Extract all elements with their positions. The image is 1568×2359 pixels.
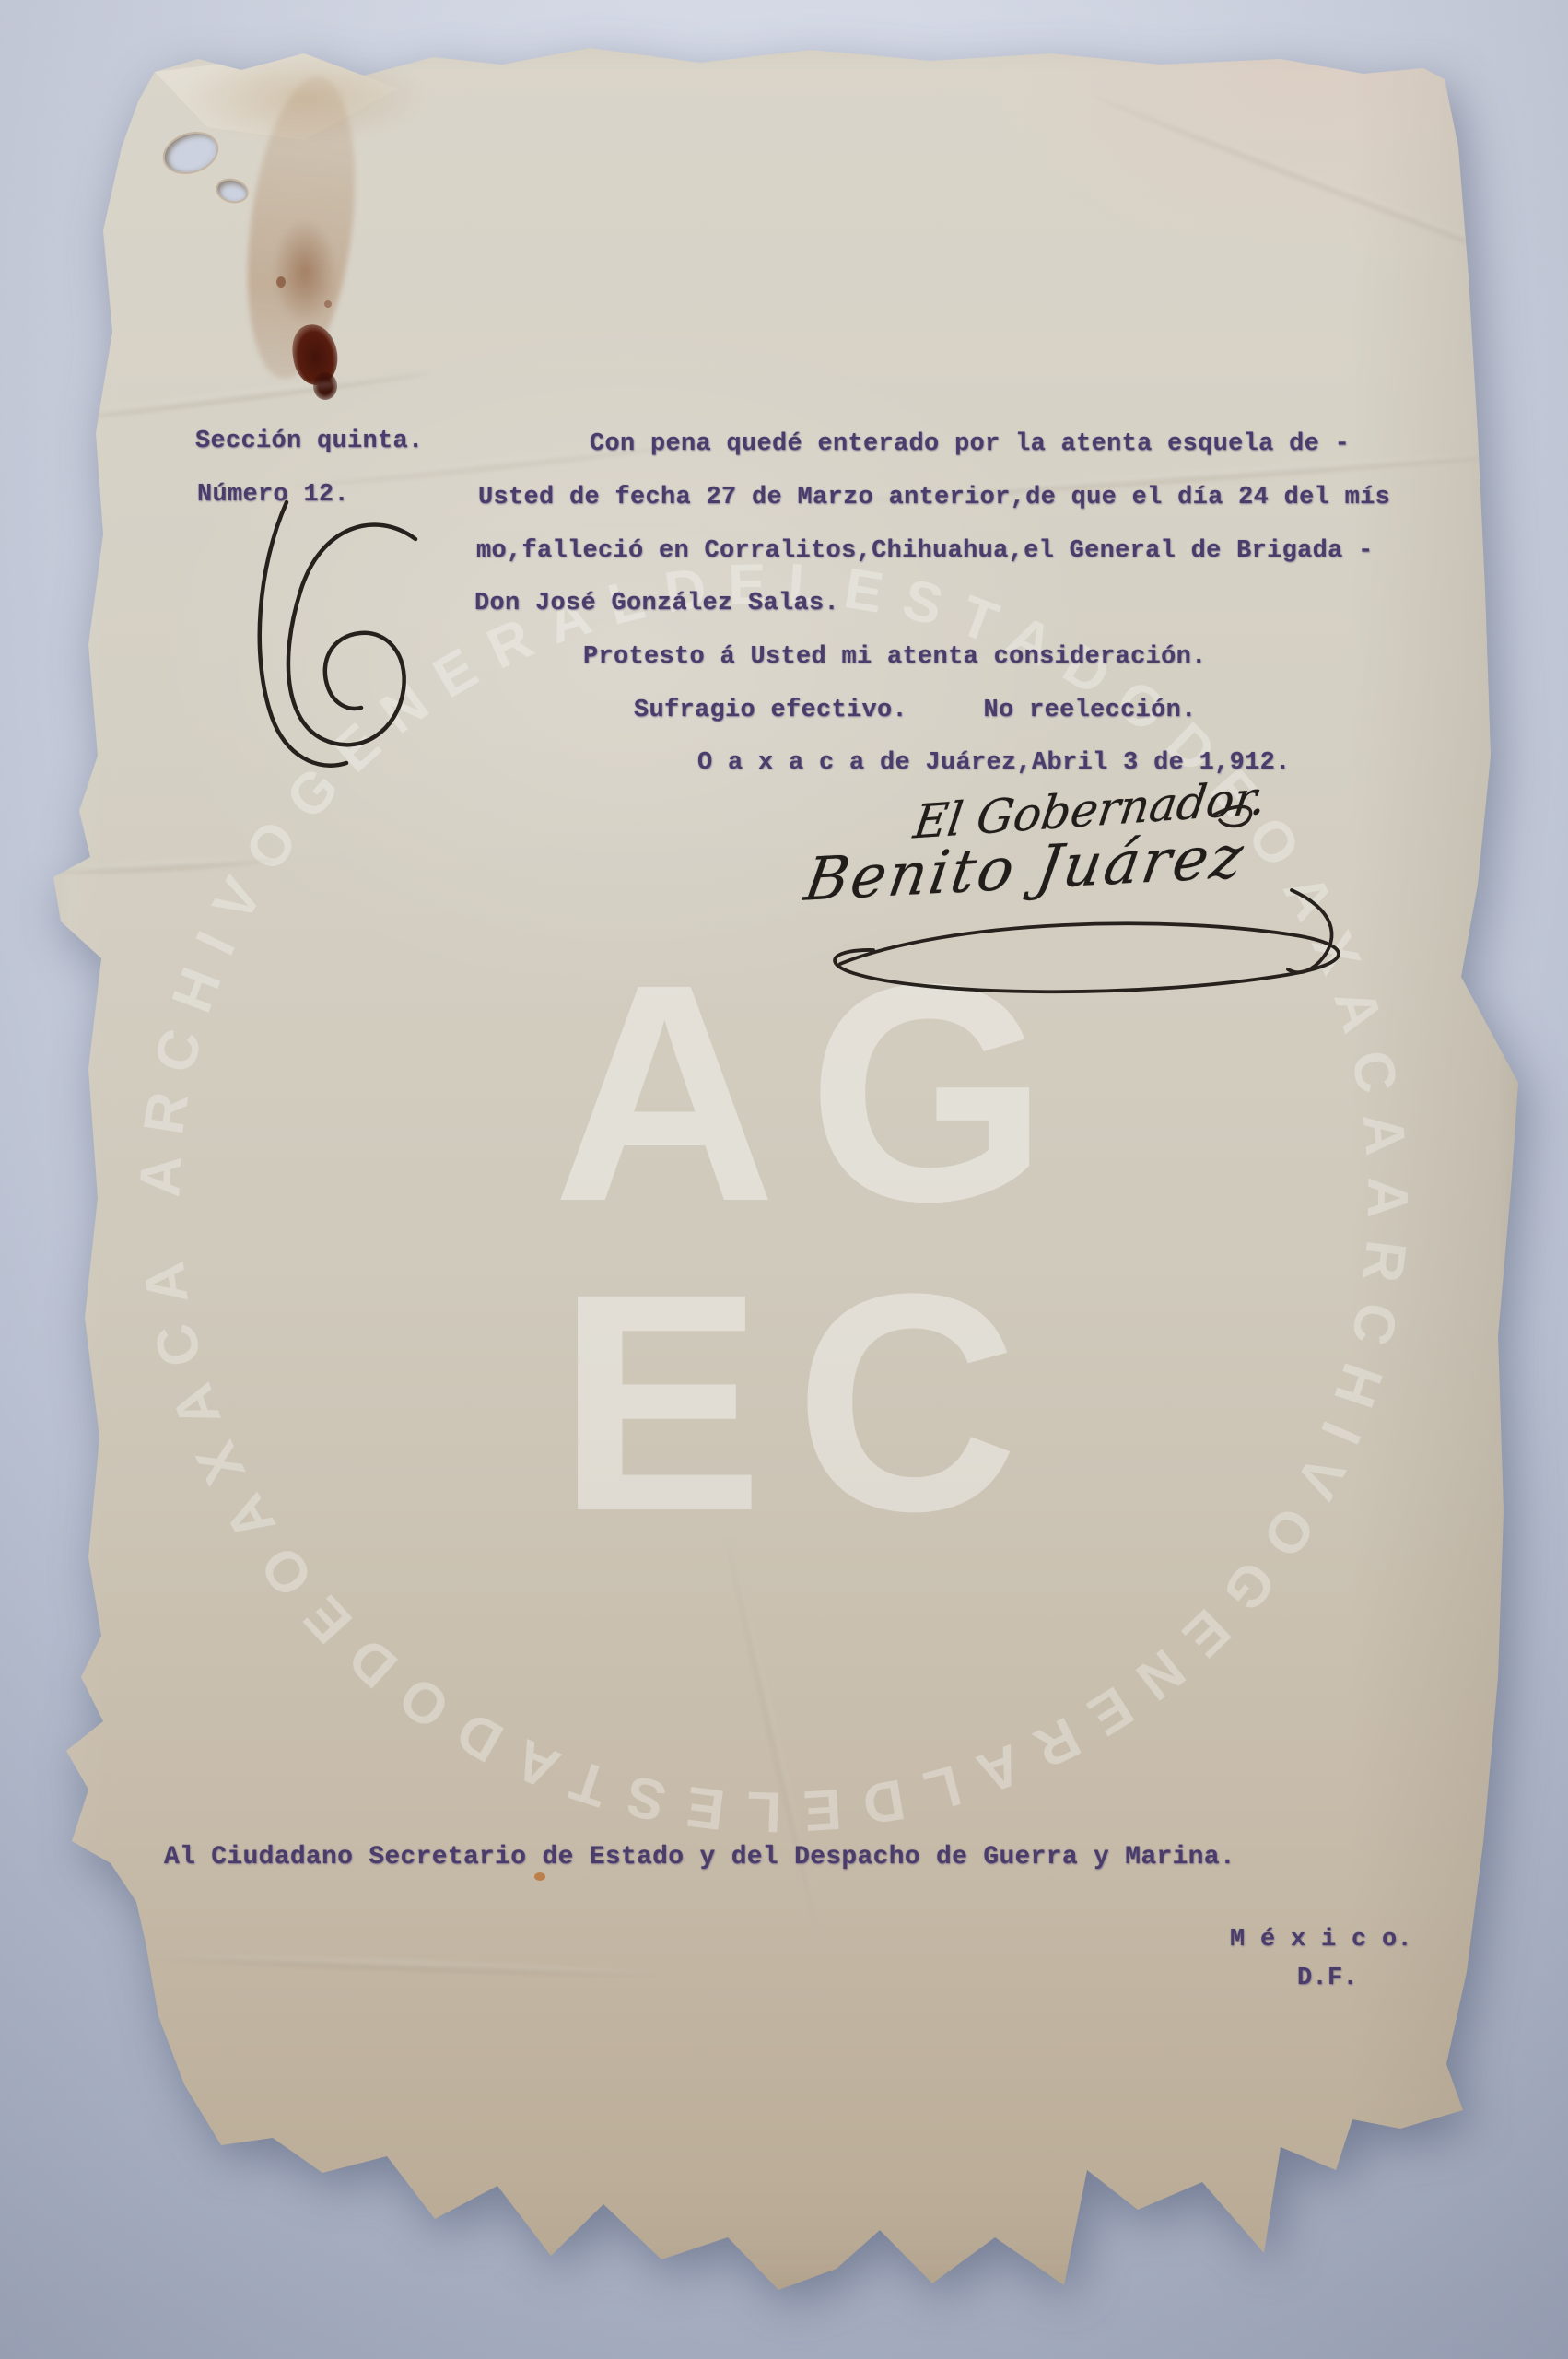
archive-watermark: ARCHIVOGENERALDELESTADODEOAXACAARCHIVOGE… (0, 0, 1568, 2359)
torn-hole (216, 177, 249, 204)
paper-crease (724, 1539, 825, 1936)
document-paper: ARCHIVOGENERALDELESTADODEOAXACAARCHIVOGE… (0, 0, 1568, 2359)
paper-crease (1094, 92, 1568, 286)
paper-crease (147, 1952, 663, 1979)
signature-name: Benito Juárez (800, 823, 1250, 915)
stain-speck (324, 300, 332, 308)
paraph-flourish (260, 502, 415, 766)
stain-patch (275, 221, 335, 323)
torn-flap (0, 0, 433, 184)
torn-hole (159, 127, 222, 179)
district-line: D.F. (1297, 1965, 1358, 1992)
stain-blob (289, 322, 342, 388)
date-line: O a x a c a de Juárez,Abril 3 de 1,912. (697, 749, 1291, 777)
addressee-line: Al Ciudadano Secretario de Estado y del … (164, 1843, 1235, 1872)
body-line: Protesto á Usted mi atenta consideración… (583, 643, 1207, 671)
hand-ink-strokes (0, 0, 1568, 2359)
stain-speck (276, 276, 286, 288)
paper-crease (51, 856, 272, 877)
body-line: Sufragio efectivo. No reelección. (634, 697, 1197, 724)
body-line: mo,falleció en Corralitos,Chihuahua,el G… (476, 537, 1374, 565)
body-line: Usted de fecha 27 de Marzo anterior,de q… (478, 484, 1390, 511)
watermark-monogram-bottom: EC (557, 1230, 1050, 1576)
paper-shadow: ARCHIVOGENERALDELESTADODEOAXACAARCHIVOGE… (0, 0, 1568, 2359)
stain-blob-small (313, 372, 337, 400)
body-line: Don José González Salas. (474, 590, 839, 617)
city-line: M é x i c o. (1230, 1926, 1412, 1954)
number-label: Número 12. (197, 481, 349, 509)
body-line: Con pena quedé enterado por la atenta es… (590, 430, 1350, 458)
section-label: Sección quinta. (195, 428, 424, 455)
paper-crease (38, 369, 432, 426)
stain-speck (534, 1872, 545, 1881)
watermark-ring: ARCHIVOGENERALDELESTADODEOAXACAARCHIVOGE… (128, 552, 1419, 1844)
watermark-monogram-top: AG (553, 921, 1080, 1266)
